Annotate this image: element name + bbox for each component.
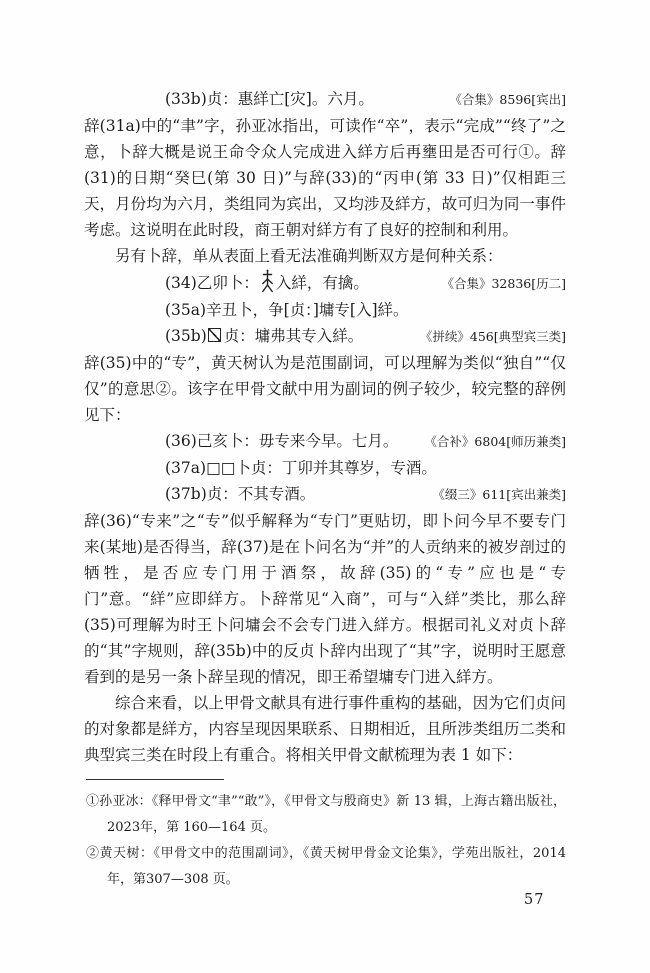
example-label: (37a) xyxy=(165,459,206,477)
page-content: (33b)贞：惠絴亡[灾]。六月。 《合集》8596[宾出] 辞(31a)中的“… xyxy=(84,86,566,768)
document-page: (33b)贞：惠絴亡[灾]。六月。 《合集》8596[宾出] 辞(31a)中的“… xyxy=(0,0,650,973)
footnotes-section: ①孙亚冰：《释甲骨文“聿”“敢”》，《甲骨文与殷商史》新 13 辑，上海古籍出版… xyxy=(86,779,566,893)
example-line-37a: (37a)□□卜贞：丁卯并其尊岁，专酒。 xyxy=(84,455,566,481)
source-citation: 《合集》32836[历二] xyxy=(441,271,566,297)
page-number: 57 xyxy=(524,892,544,908)
example-line-37b: (37b)贞：不其专酒。 《缀三》611[宾出兼类] xyxy=(84,481,566,508)
example-label: (34) xyxy=(165,274,197,292)
example-line-35a: (35a)辛丑卜，争[贞：]墉专[入]絴。 xyxy=(84,297,566,323)
paragraph-interpretation: 辞(36)“专来”之“专”似乎解释为“专门”更贴切，即卜问今早不要专门来(某地)… xyxy=(84,508,566,690)
example-text: (37a)□□卜贞：丁卯并其尊岁，专酒。 xyxy=(84,455,437,481)
oracle-bone-person-glyph-icon xyxy=(260,269,275,293)
source-citation: 《合补》6804[师历兼类] xyxy=(424,429,566,455)
example-label: (35b) xyxy=(165,327,207,345)
lacuna-damaged-character-mark xyxy=(208,328,221,342)
example-label: (37b) xyxy=(165,485,207,503)
example-line-34: (34)乙卯卜：入絴，有擒。 《合集》32836[历二] xyxy=(84,269,566,297)
paragraph-discussion-zhuan: 辞(35)中的“专”，黄天树认为是范围副词，可以理解为类似“独自”“仅仅”的意思… xyxy=(84,350,566,428)
example-text: (35b)贞：墉弗其专入絴。 xyxy=(84,323,363,349)
footnote-separator-rule xyxy=(86,779,224,780)
paragraph-discussion-31a: 辞(31a)中的“聿”字，孙亚冰指出，可读作“卒”，表示“完成”“终了”之意，卜… xyxy=(84,113,566,243)
example-text: (36)己亥卜：毋专来今早。七月。 xyxy=(84,428,398,454)
example-text: (37b)贞：不其专酒。 xyxy=(84,481,315,507)
source-citation: 《合集》8596[宾出] xyxy=(449,87,566,113)
example-line-36: (36)己亥卜：毋专来今早。七月。 《合补》6804[师历兼类] xyxy=(84,428,566,455)
example-label: (35a) xyxy=(165,301,206,319)
example-label: (33b) xyxy=(165,90,207,108)
source-citation: 《拼续》456[典型宾三类] xyxy=(420,324,566,350)
example-text: (35a)辛丑卜，争[贞：]墉专[入]絴。 xyxy=(84,297,409,323)
example-line-33b: (33b)贞：惠絴亡[灾]。六月。 《合集》8596[宾出] xyxy=(84,86,566,113)
example-line-35b: (35b)贞：墉弗其专入絴。 《拼续》456[典型宾三类] xyxy=(84,323,566,350)
paragraph-summary: 综合来看，以上甲骨文献具有进行事件重构的基础，因为它们贞问的对象都是絴方，内容呈… xyxy=(84,690,566,768)
source-citation: 《缀三》611[宾出兼类] xyxy=(432,482,566,508)
example-text: (33b)贞：惠絴亡[灾]。六月。 xyxy=(84,86,374,112)
footnote-1: ①孙亚冰：《释甲骨文“聿”“敢”》，《甲骨文与殷商史》新 13 辑，上海古籍出版… xyxy=(86,789,566,841)
paragraph-intro-relations: 另有卜辞，单从表面上看无法准确判断双方是何种关系： xyxy=(84,243,566,269)
example-label: (36) xyxy=(165,432,197,450)
example-text: (34)乙卯卜：入絴，有擒。 xyxy=(84,269,369,296)
footnote-2: ②黄天树：《甲骨文中的范围副词》，《黄天树甲骨金文论集》，学苑出版社，2014 … xyxy=(86,841,566,893)
